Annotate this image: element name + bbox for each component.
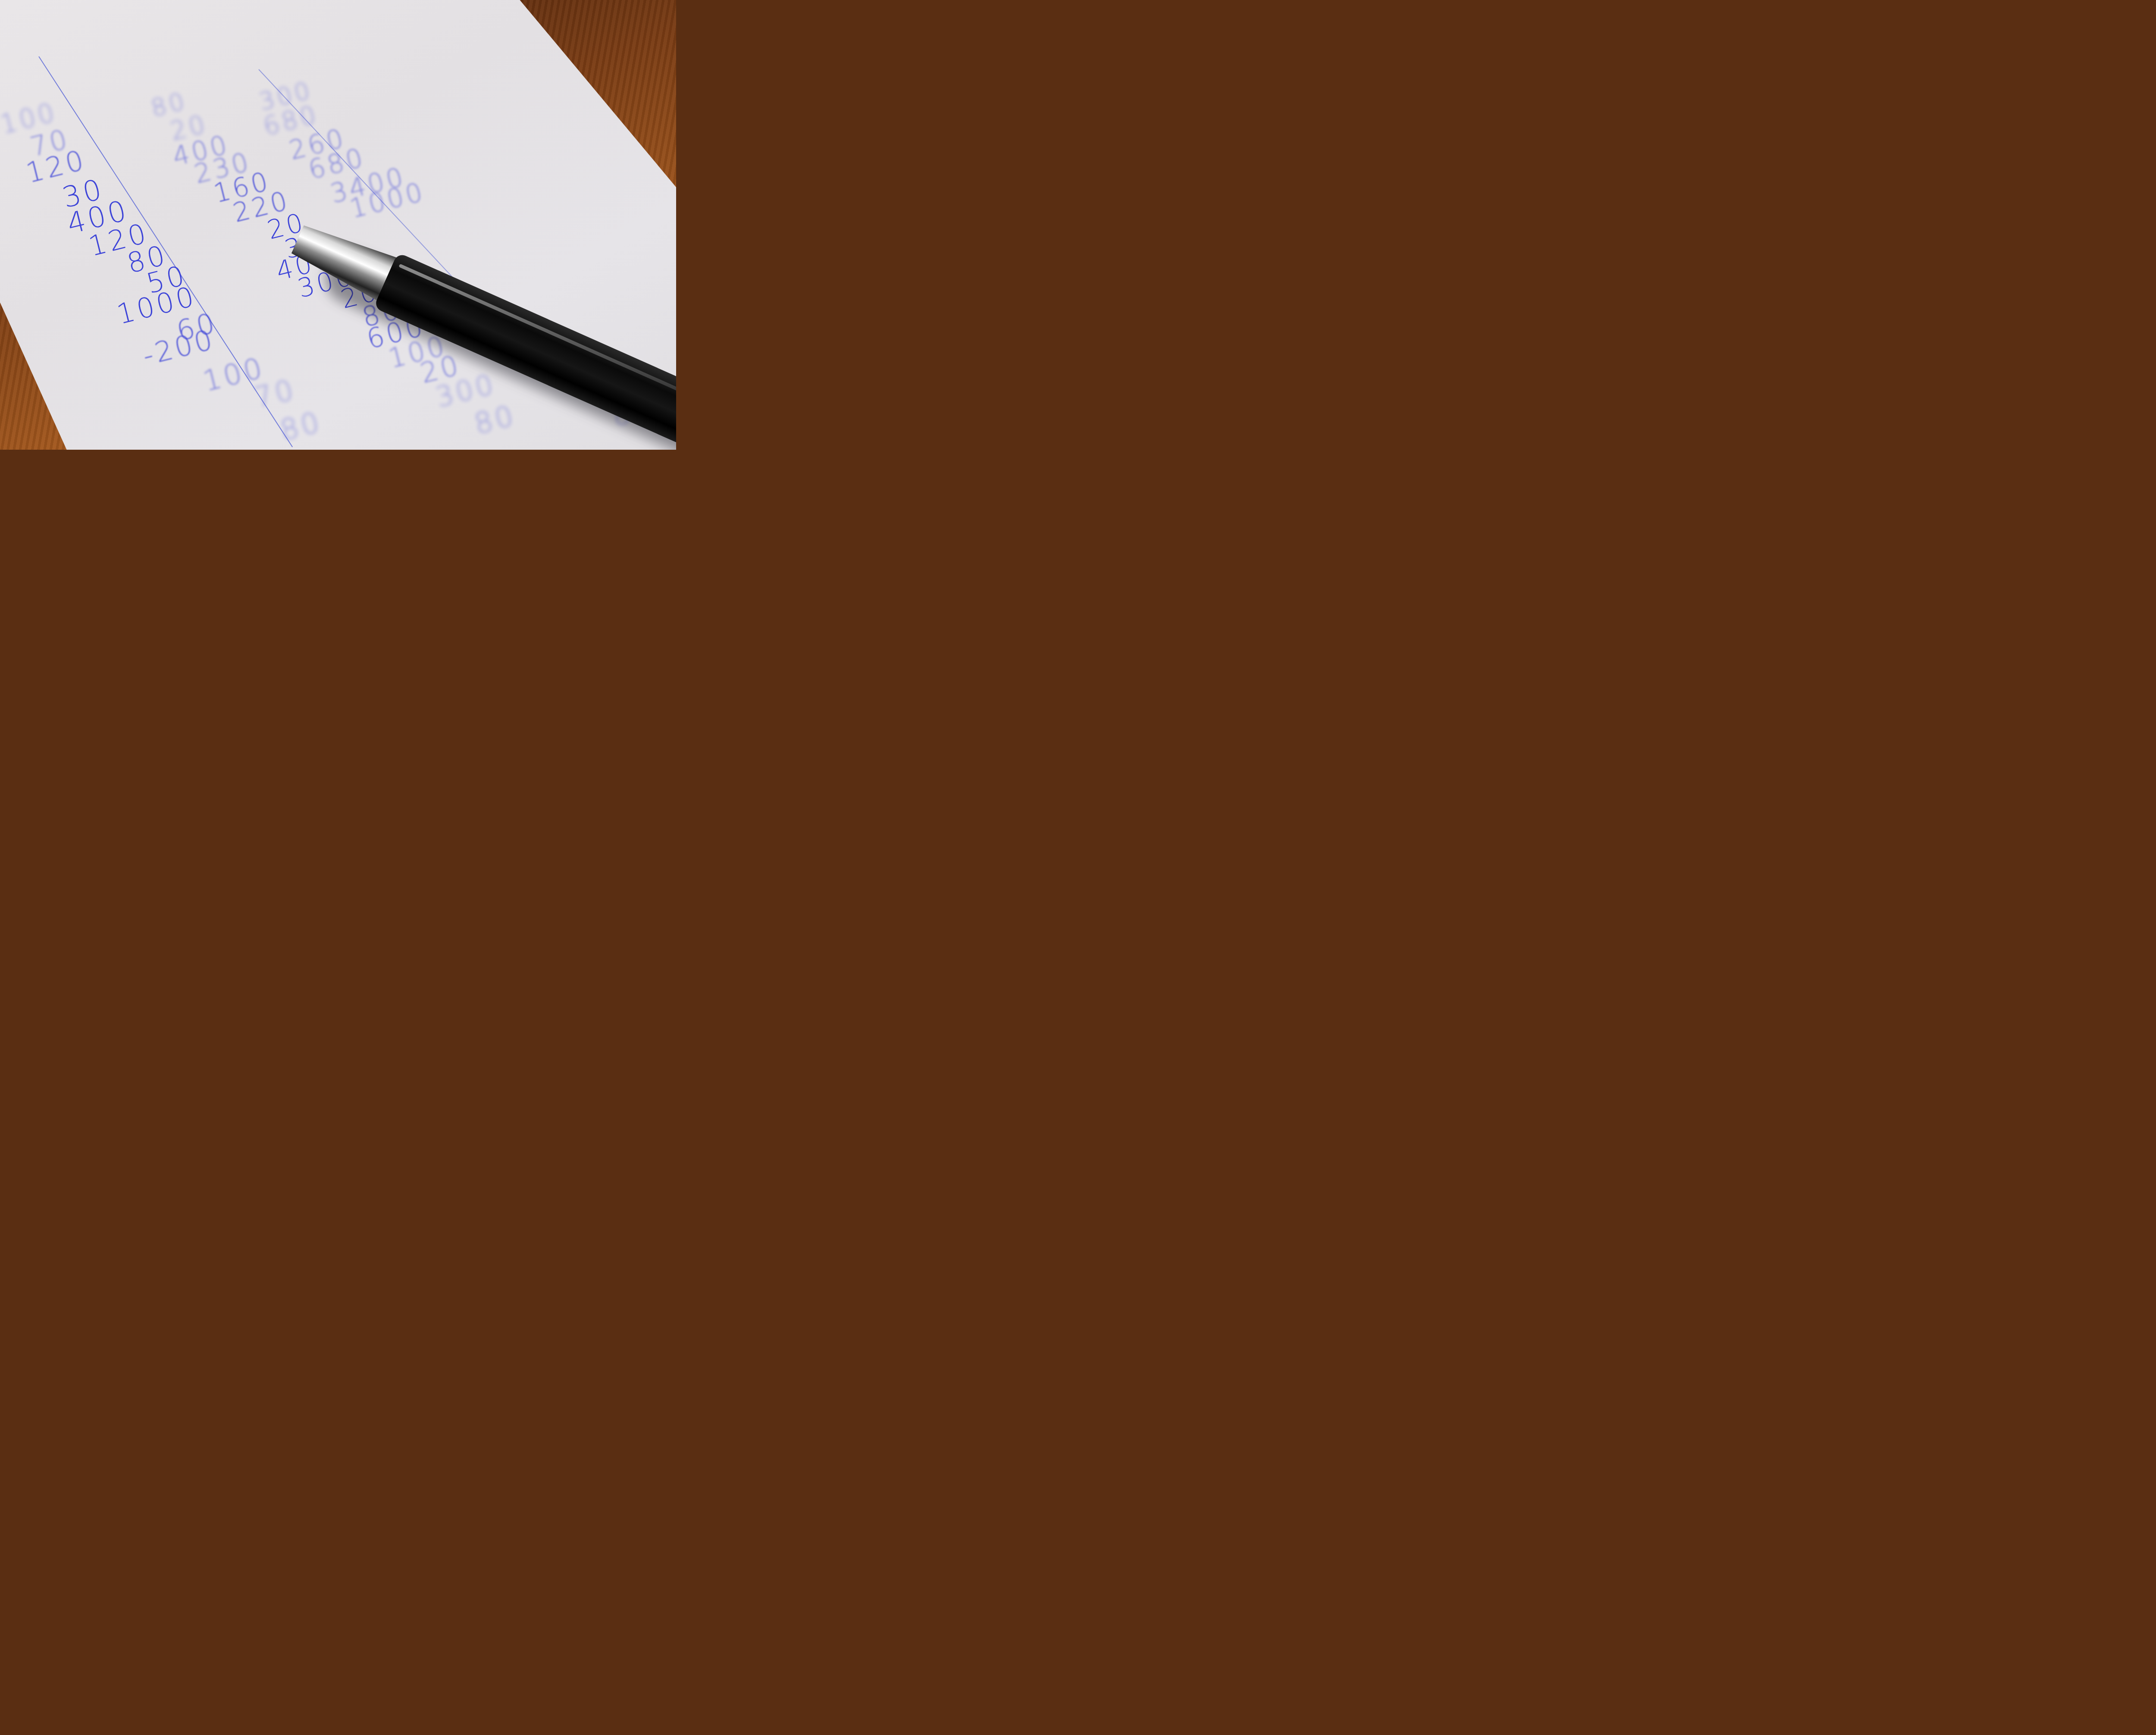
photo-scene: 100 70 120 30 400 120 80 50 1000 60 -200… (0, 0, 676, 450)
